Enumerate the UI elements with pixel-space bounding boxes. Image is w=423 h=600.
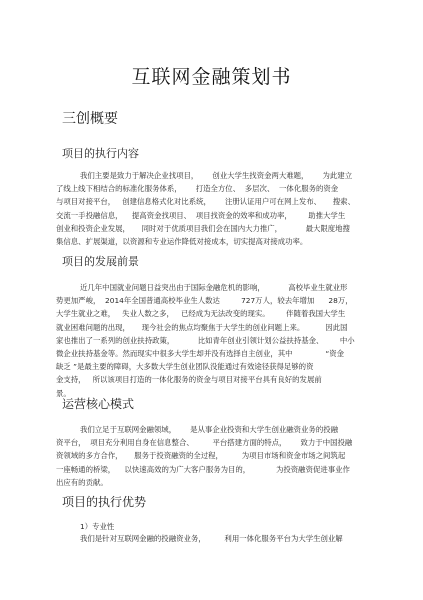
paragraph-line: 与项目对接平台， 创建信息格式化对比系统， 注册认证用户可在网上发布、 搜索、: [56, 195, 356, 208]
subsection-heading-execution-content: 项目的执行内容: [62, 145, 139, 161]
document-title: 互联网金融策划书: [0, 62, 423, 89]
paragraph-line: 交流一手投融信息， 提高资金找项目、 项目找资金的效率和成功率， 助推大学生: [56, 209, 356, 222]
paragraph-line: 了线上线下相结合的标准化服务体系， 打造全方位、 多层次、 一体化服务的资金: [56, 182, 356, 195]
paragraph-line: 势更加严峻， 2014年全国普通高校毕业生人数达 727万人，较去年增加 28万…: [56, 294, 356, 307]
paragraph-line: 大学生就业之难， 失业人数之多， 已经成为无法改变的现实。 伴随着我国大学生: [56, 307, 356, 320]
paragraph-line: 资领域的多方合作， 服务于投资融资的全过程， 为项目市场和资金市场之间筑起: [56, 449, 356, 462]
paragraph-line: 资平台， 项目充分利用自身在信息整合、 平台搭建方面的特点， 致力于中国投融: [56, 436, 356, 449]
paragraph-line: 缺乏 ”是最主要的障碍，大多数大学生创业团队没能通过有效途径获得足够的资: [56, 360, 356, 373]
paragraph-line: 微企业扶持基金等。然而现实中很多大学生却并没有选择自主创业，其中 “资金: [56, 347, 356, 360]
paragraph-line: 集信息、扩展渠道，以资源和专业运作降低对接成本，切实提高对接成功率。: [56, 235, 356, 248]
paragraph-line: 出应有的贡献。: [56, 476, 356, 489]
list-item-label: 1）专业性: [80, 521, 114, 532]
paragraph-line: 就业困难问题的出现， 现今社会的焦点均聚焦于大学生的创业问题上来。 因此国: [56, 321, 356, 334]
paragraph-line: 我们立足于互联网金融领域， 是从事企业投资和大学生创业融资业务的投融: [56, 423, 356, 436]
list-item-text: 我们是针对互联网金融的投融资业务， 利用一体化服务平台为大学生创业解: [80, 533, 343, 544]
section-heading-overview: 三创概要: [62, 108, 118, 128]
section-heading-operating-model: 运营核心模式: [62, 395, 134, 412]
section-heading-execution-advantages: 项目的执行优势: [62, 493, 146, 510]
document-page: 互联网金融策划书 三创概要 项目的执行内容 我们主要是致力于解决企业找项目， 创…: [0, 0, 423, 600]
paragraph-operating-model: 我们立足于互联网金融领域， 是从事企业投资和大学生创业融资业务的投融 资平台， …: [56, 423, 356, 489]
paragraph-line: 近几年中国就业问题日益突出由于国际金融危机的影响， 高校毕业生就业形: [56, 281, 356, 294]
paragraph-line: 家也推出了一系列的创业扶持政策， 比如青年创业引领计划公益扶持基金、 中小: [56, 334, 356, 347]
paragraph-development-prospects: 近几年中国就业问题日益突出由于国际金融危机的影响， 高校毕业生就业形 势更加严峻…: [56, 281, 356, 400]
paragraph-line: 我们主要是致力于解决企业找项目， 创业大学生找资金两大难题， 为此建立: [56, 169, 356, 182]
paragraph-execution-content: 我们主要是致力于解决企业找项目， 创业大学生找资金两大难题， 为此建立 了线上线…: [56, 169, 356, 248]
paragraph-line: 创业和投资企业发展， 同时对于优质项目我们会在国内大力推广， 最大限度地搜: [56, 222, 356, 235]
paragraph-line: 金支持， 所以该项目打造的一体化服务的资金与项目对接平台具有良好的发展前: [56, 373, 356, 386]
paragraph-line: 一座畅通的桥梁， 以快速高效的为广大客户服务为目的， 为投资融资促进事业作: [56, 463, 356, 476]
subsection-heading-development-prospects: 项目的发展前景: [62, 253, 139, 269]
